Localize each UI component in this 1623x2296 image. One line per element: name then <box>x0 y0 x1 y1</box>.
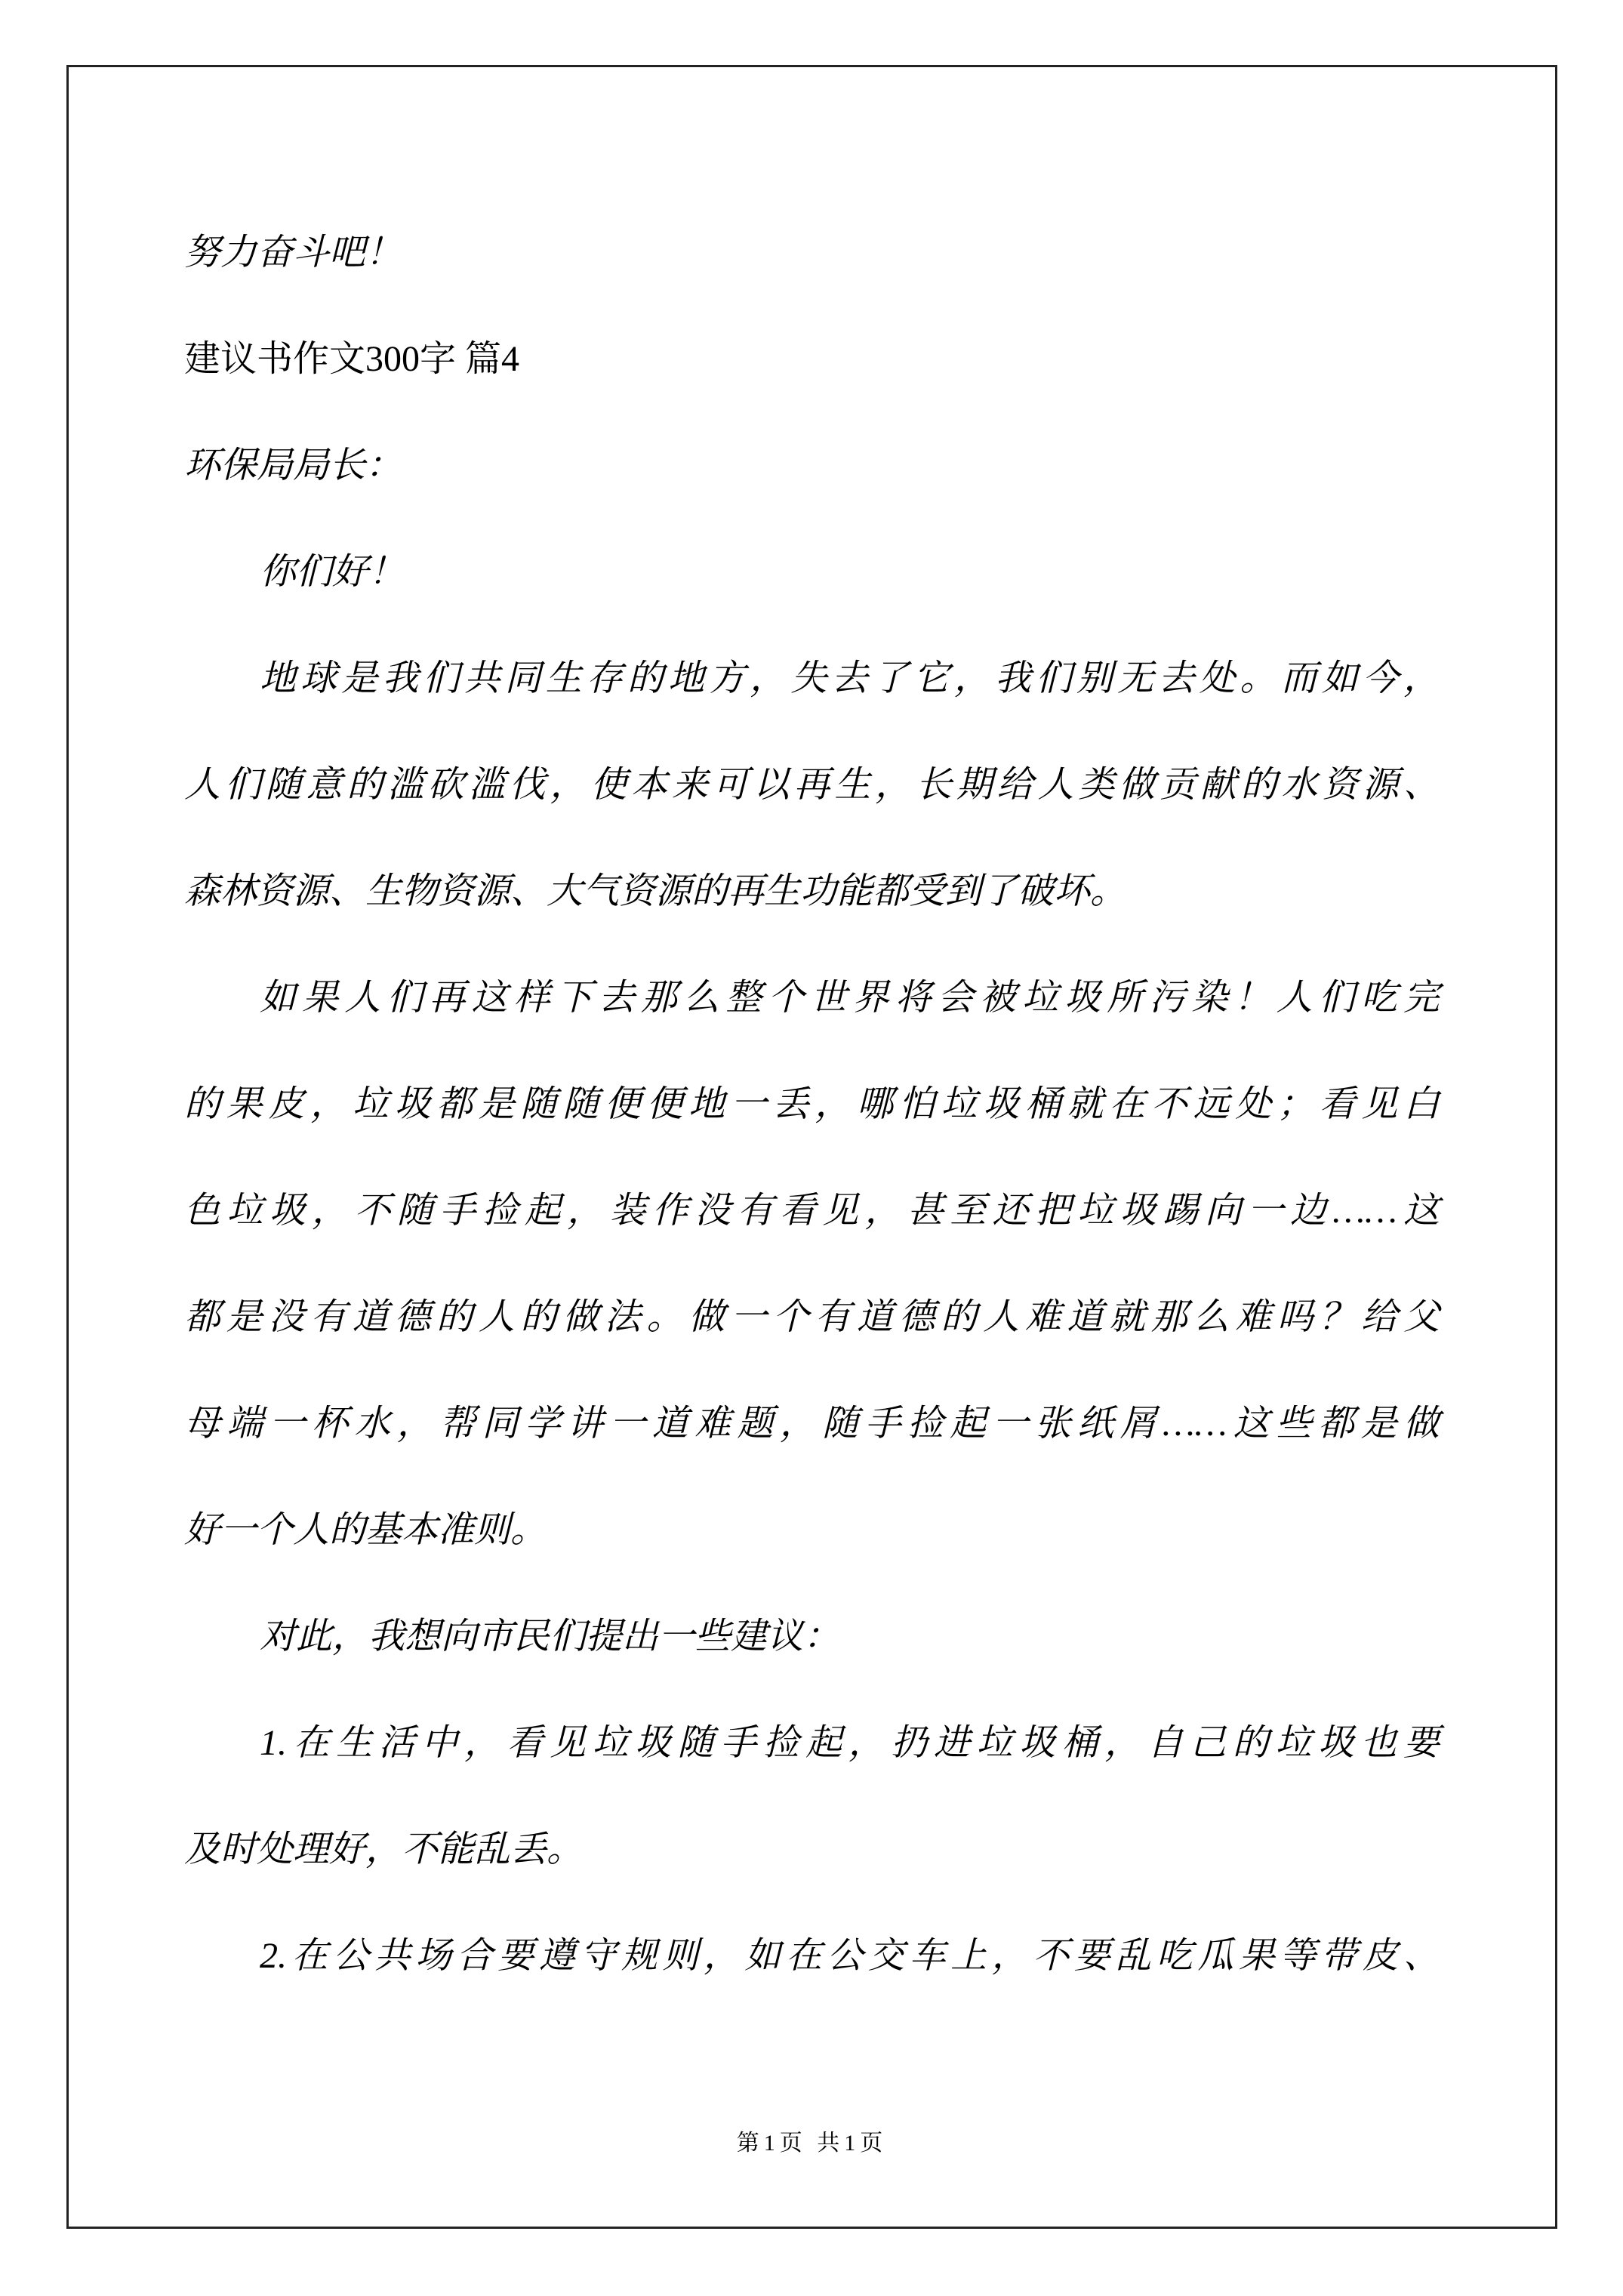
text-line: 色垃圾，不随手捡起，装作没有看见，甚至还把垃圾踢向一边……这 <box>184 1157 1440 1264</box>
text-line: 环保局局长： <box>184 412 1440 519</box>
page-content: 努力奋斗吧！建议书作文300字 篇4环保局局长：你们好！地球是我们共同生存的地方… <box>71 69 1553 2157</box>
text-line: 人们随意的滥砍滥伐，使本来可以再生，长期给人类做贡献的水资源、 <box>184 732 1440 838</box>
page-footer: 第1页 共1页 <box>184 2130 1440 2157</box>
text-line: 好一个人的基本准则。 <box>184 1477 1440 1583</box>
text-line: 2.在公共场合要遵守规则，如在公交车上，不要乱吃瓜果等带皮、 <box>184 1903 1440 2009</box>
text-lines-container: 努力奋斗吧！建议书作文300字 篇4环保局局长：你们好！地球是我们共同生存的地方… <box>184 199 1440 2009</box>
page-number-label: 第1页 共1页 <box>737 2131 888 2156</box>
text-line: 及时处理好，不能乱丢。 <box>184 1796 1440 1903</box>
text-line: 母端一杯水，帮同学讲一道难题，随手捡起一张纸屑……这些都是做 <box>184 1370 1440 1477</box>
text-line: 如果人们再这样下去那么整个世界将会被垃圾所污染！人们吃完 <box>184 945 1440 1051</box>
text-line: 的果皮，垃圾都是随随便便地一丢，哪怕垃圾桶就在不远处；看见白 <box>184 1051 1440 1157</box>
text-line: 地球是我们共同生存的地方，失去了它，我们别无去处。而如今， <box>184 625 1440 732</box>
document-page: 努力奋斗吧！建议书作文300字 篇4环保局局长：你们好！地球是我们共同生存的地方… <box>0 0 1623 2296</box>
text-line: 努力奋斗吧！ <box>184 199 1440 306</box>
text-line: 都是没有道德的人的做法。做一个有道德的人难道就那么难吗？给父 <box>184 1264 1440 1370</box>
text-line: 建议书作文300字 篇4 <box>184 306 1440 412</box>
page-border-frame: 努力奋斗吧！建议书作文300字 篇4环保局局长：你们好！地球是我们共同生存的地方… <box>66 65 1557 2229</box>
text-line: 对此，我想向市民们提出一些建议： <box>184 1583 1440 1690</box>
text-line: 1.在生活中，看见垃圾随手捡起，扔进垃圾桶，自己的垃圾也要 <box>184 1690 1440 1796</box>
text-line: 你们好！ <box>184 519 1440 625</box>
text-line: 森林资源、生物资源、大气资源的再生功能都受到了破坏。 <box>184 838 1440 945</box>
